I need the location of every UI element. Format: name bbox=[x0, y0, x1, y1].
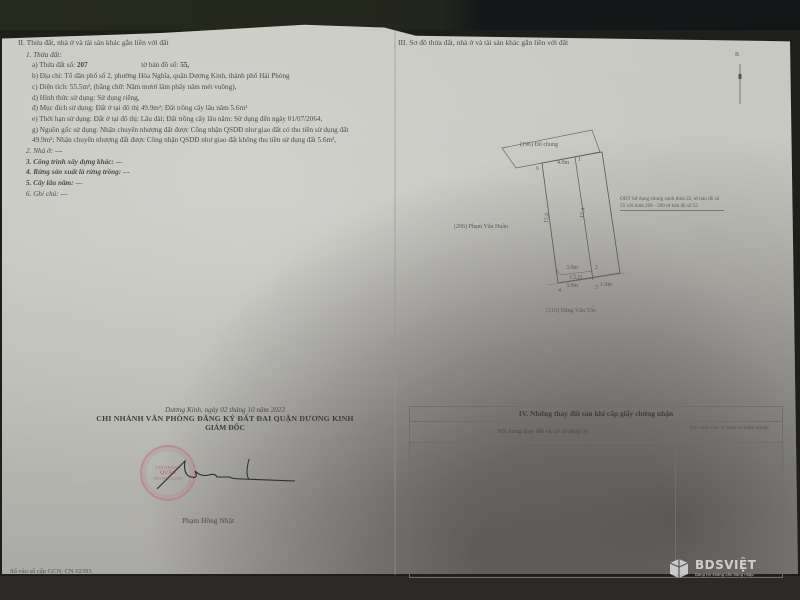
section-title-ii: II. Thửa đất, nhà ở và tài sản khác gắn … bbox=[18, 38, 388, 49]
dimension-bottom-inner: 3.9m bbox=[566, 265, 578, 271]
neighbor-left-label: (206) Phạm Văn Huân bbox=[454, 224, 508, 230]
land-item-area: c) Diện tích: 55.5m², (bằng chữ: Năm mươ… bbox=[18, 82, 388, 93]
watermark-brand: BDSVIỆT bbox=[695, 559, 756, 572]
strip-label: CLN bbox=[570, 275, 582, 281]
land-item-origin: g) Nguồn gốc sử dụng: Nhận chuyển nhượng… bbox=[18, 125, 372, 146]
vertex-6: 6 bbox=[536, 166, 539, 172]
changes-table: IV. Những thay đổi sau khi cấp giấy chứn… bbox=[409, 406, 783, 578]
issuing-organization: CHI NHÁNH VĂN PHÒNG ĐĂNG KÝ ĐẤT ĐAI QUẬN… bbox=[60, 414, 390, 423]
item-production-forest: 4. Rừng sản xuất là rừng trồng: --- bbox=[18, 167, 388, 178]
dimension-bottom-outer: 3.9m bbox=[566, 283, 578, 289]
changes-table-title: IV. Những thay đổi sau khi cấp giấy chứn… bbox=[410, 407, 782, 422]
background-bottom bbox=[0, 576, 800, 600]
watermark-tagline: Đăng tin không cần đăng nhập bbox=[695, 572, 756, 577]
page-fold bbox=[394, 30, 396, 575]
land-item-address: b) Địa chỉ: Tổ dân phố số 2, phường Hòa … bbox=[18, 71, 388, 82]
column-header-content: Nội dung thay đổi và cơ sở pháp lý bbox=[410, 422, 676, 442]
column-header-confirm: Xác nhận của cơ quan có thẩm quyền bbox=[676, 422, 782, 442]
land-info-section: II. Thửa đất, nhà ở và tài sản khác gắn … bbox=[18, 38, 388, 200]
issue-date: Dương Kinh, ngày 02 tháng 10 năm 2023 bbox=[60, 406, 390, 414]
land-heading: 1. Thửa đất: bbox=[18, 50, 388, 61]
bdsviet-logo-icon bbox=[668, 557, 690, 579]
certificate-number: Số vào sổ cấp GCN: CN 02393 bbox=[10, 568, 92, 575]
dimension-top: 4.0m bbox=[557, 160, 569, 166]
item-other-construction: 3. Công trình xây dựng khác: --- bbox=[18, 157, 388, 168]
neighbor-bottom-label: (210) Đặng Văn Tốn bbox=[546, 308, 596, 314]
north-label: B bbox=[735, 52, 739, 58]
signer-name: Phạm Hồng Nhật bbox=[182, 516, 234, 525]
parcel-diagram: (196) Đỗ chung (206) Phạm Văn Huân (210)… bbox=[420, 120, 630, 305]
north-arrow-icon bbox=[737, 62, 743, 104]
vertex-5: 5 bbox=[556, 270, 559, 276]
item-perennial-trees: 5. Cây lâu năm: --- bbox=[18, 178, 388, 189]
dimension-bottom-right: 1.0m bbox=[600, 282, 612, 288]
land-item-parcel: a) Thửa đất số: 207 tờ bản đồ số: 55, bbox=[18, 60, 388, 71]
item-notes: 6. Ghi chú: --- bbox=[18, 189, 388, 200]
section-title-iii: III. Sơ đồ thửa đất, nhà ở và tài sản kh… bbox=[398, 38, 568, 47]
land-item-term: e) Thời hạn sử dụng: Đất ở tại đô thị: L… bbox=[18, 114, 372, 125]
vertex-4: 4 bbox=[558, 288, 561, 294]
signature-icon bbox=[155, 455, 295, 495]
bdsviet-watermark: BDSVIỆT Đăng tin không cần đăng nhập bbox=[668, 557, 756, 579]
map-legend-note: ODT Sử dụng chung cạnh thửa 35, tờ bản đ… bbox=[620, 196, 724, 211]
land-item-usage-form: d) Hình thức sử dụng: Sử dụng riêng, bbox=[18, 93, 388, 104]
road-top-label: (196) Đỗ chung bbox=[520, 142, 558, 148]
land-item-purpose: đ) Mục đích sử dụng: Đất ở tại đô thị 49… bbox=[18, 103, 388, 114]
background-surface bbox=[0, 0, 800, 30]
signature-block: Dương Kinh, ngày 02 tháng 10 năm 2023 CH… bbox=[60, 406, 390, 432]
item-house: 2. Nhà ở: --- bbox=[18, 146, 388, 157]
vertex-1: 1 bbox=[578, 157, 581, 163]
vertex-3: 3 bbox=[595, 285, 598, 291]
changes-content-cell bbox=[410, 443, 676, 577]
vertex-2: 2 bbox=[595, 265, 598, 271]
signer-role: GIÁM ĐỐC bbox=[60, 423, 390, 432]
